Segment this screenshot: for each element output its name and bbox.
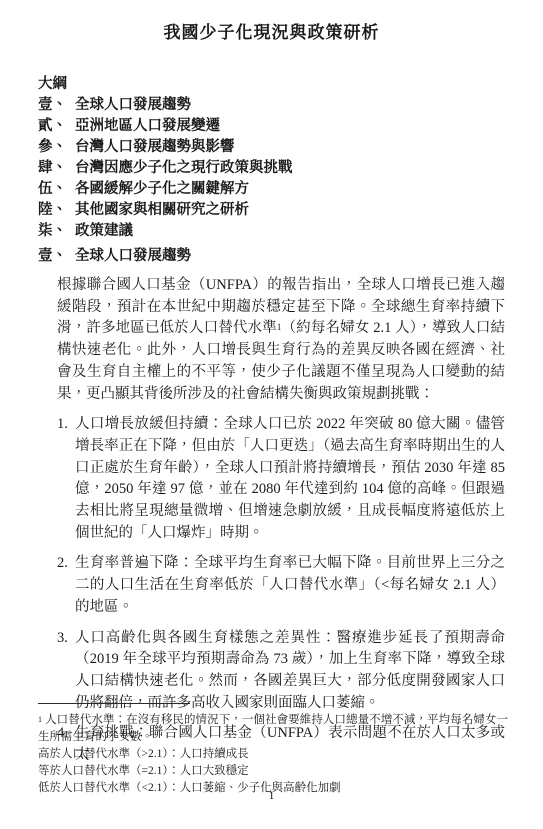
outline-item-label: 其他國家與相關研究之研析 [75,200,249,221]
item-text: 人口增長放緩但持續：全球人口已於 2022 年突破 80 億大關。儘管增長率正在… [75,414,505,544]
outline-item-label: 政策建議 [75,221,133,242]
section-title: 全球人口發展趨勢 [75,246,191,267]
outline-item-7: 柒、 政策建議 [38,221,543,242]
footnote-ref: 1 [277,322,282,332]
item-number: 3. [57,628,75,715]
outline-item-number: 柒、 [38,221,75,242]
numbered-item-2: 2. 生育率普遍下降：全球平均生育率已大幅下降。目前世界上三分之二的人口生活在生… [57,553,505,618]
intro-paragraph: 根據聯合國人口基金（UNFPA）的報告指出，全球人口增長已進入趨緩階段，預計在本… [57,275,505,405]
numbered-item-3: 3. 人口高齡化與各國生育樣態之差異性：醫療進步延長了預期壽命（2019 年全球… [57,628,505,715]
outline-item-2: 貳、 亞洲地區人口發展變遷 [38,116,543,137]
outline-item-1: 壹、 全球人口發展趨勢 [38,95,543,116]
outline-item-5: 伍、 各國緩解少子化之關鍵解方 [38,179,543,200]
item-text: 生育率普遍下降：全球平均生育率已大幅下降。目前世界上三分之二的人口生活在生育率低… [75,553,505,618]
item-number: 1. [57,414,75,544]
section-number: 壹、 [38,246,75,267]
outline-item-number: 陸、 [38,200,75,221]
document-page: 我國少子化現況與政策研析 大綱 壹、 全球人口發展趨勢 貳、 亞洲地區人口發展變… [0,0,543,829]
document-title: 我國少子化現況與政策研析 [0,0,543,43]
outline-item-label: 台灣人口發展趨勢與影響 [75,137,235,158]
outline-item-number: 肆、 [38,158,75,179]
footnote-definition: 人口替代水準：在沒有移民的情況下，一個社會要維持人口總量不增不減，平均每名婦女一… [38,714,508,743]
outline-item-number: 伍、 [38,179,75,200]
outline-item-label: 亞洲地區人口發展變遷 [75,116,220,137]
outline-item-6: 陸、 其他國家與相關研究之研析 [38,200,543,221]
outline-item-3: 參、 台灣人口發展趨勢與影響 [38,137,543,158]
footnote-area: 1人口替代水準：在沒有移民的情況下，一個社會要維持人口總量不增不減，平均每名婦女… [38,703,508,797]
item-text: 人口高齡化與各國生育樣態之差異性：醫療進步延長了預期壽命（2019 年全球平均預… [75,628,505,715]
footnote-definition-line: 1人口替代水準：在沒有移民的情況下，一個社會要維持人口總量不增不減，平均每名婦女… [38,712,508,746]
outline-item-label: 台灣因應少子化之現行政策與挑戰 [75,158,293,179]
page-number: 1 [0,788,543,803]
outline-heading: 大綱 [38,74,543,95]
outline-item-number: 壹、 [38,95,75,116]
footnote-separator [38,703,190,704]
section-heading: 壹、 全球人口發展趨勢 [38,246,543,267]
outline-item-label: 全球人口發展趨勢 [75,95,191,116]
footnote-line-equal: 等於人口替代水準（=2.1）：人口大致穩定 [38,763,508,780]
outline-item-number: 貳、 [38,116,75,137]
footnote-line-above: 高於人口替代水準（>2.1）：人口持續成長 [38,746,508,763]
outline-item-4: 肆、 台灣因應少子化之現行政策與挑戰 [38,158,543,179]
outline-item-label: 各國緩解少子化之關鍵解方 [75,179,249,200]
footnote-marker: 1 [38,715,42,724]
item-number: 2. [57,553,75,618]
outline-item-number: 參、 [38,137,75,158]
outline-section: 大綱 壹、 全球人口發展趨勢 貳、 亞洲地區人口發展變遷 參、 台灣人口發展趨勢… [38,74,543,242]
numbered-item-1: 1. 人口增長放緩但持續：全球人口已於 2022 年突破 80 億大關。儘管增長… [57,414,505,544]
